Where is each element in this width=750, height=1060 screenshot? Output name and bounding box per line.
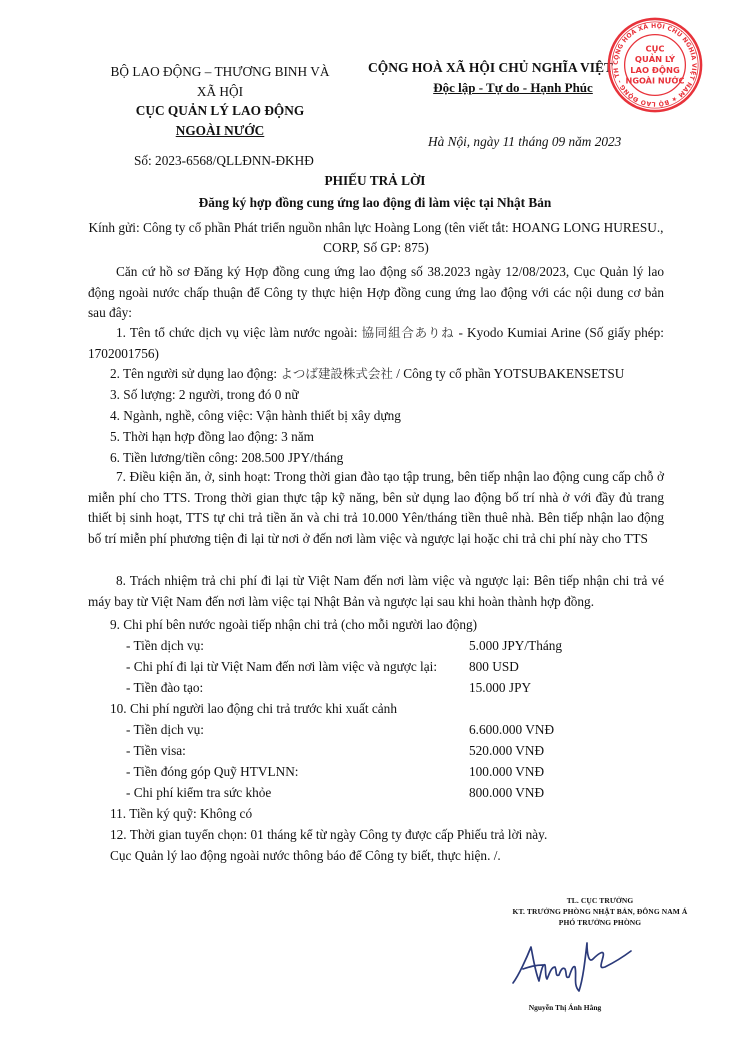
item-8-travel-responsibility: 8. Trách nhiệm trả chi phí đi lại từ Việ… xyxy=(88,571,664,612)
svg-text:CỤC: CỤC xyxy=(646,43,665,53)
ministry-name-line2: XÃ HỘI xyxy=(90,82,350,102)
item-7-living-conditions: 7. Điều kiện ăn, ở, sinh hoạt: Trong thờ… xyxy=(88,467,664,549)
signature-title-line2: KT. TRƯỞNG PHÒNG NHẬT BẢN, ĐÔNG NAM Á xyxy=(470,906,730,917)
fee-value: 520.000 VNĐ xyxy=(469,744,544,757)
item-2-employer: 2. Tên người sử dụng lao động: よつば建設株式会社… xyxy=(110,367,624,381)
item-10-worker-fees: 10. Chi phí người lao động chi trả trước… xyxy=(110,702,397,715)
signature-title-line1: TL. CỤC TRƯỞNG xyxy=(470,895,730,906)
document-title: PHIẾU TRẢ LỜI xyxy=(0,174,750,187)
fee-label: - Chi phí đi lại từ Việt Nam đến nơi làm… xyxy=(126,660,437,673)
svg-text:NGOÀI NƯỚC: NGOÀI NƯỚC xyxy=(626,75,685,86)
svg-text:QUẢN LÝ: QUẢN LÝ xyxy=(635,53,676,64)
japanese-employer-name: よつば建設株式会社 xyxy=(280,366,393,381)
intro-paragraph: Căn cứ hồ sơ Đăng ký Hợp đồng cung ứng l… xyxy=(88,262,664,324)
signature-title-line3: PHÓ TRƯỞNG PHÒNG xyxy=(470,917,730,928)
fee-label: - Tiền đóng góp Quỹ HTVLNN: xyxy=(126,765,299,778)
closing-statement: Cục Quản lý lao động ngoài nước thông bá… xyxy=(110,849,501,862)
fee-value: 800 USD xyxy=(469,660,519,673)
item-3-quantity: 3. Số lượng: 2 người, trong đó 0 nữ xyxy=(110,388,299,401)
handwritten-signature-icon xyxy=(505,935,635,1000)
item-11-deposit: 11. Tiền ký quỹ: Không có xyxy=(110,807,252,820)
item-9-foreign-fees: 9. Chi phí bên nước ngoài tiếp nhận chi … xyxy=(110,618,477,631)
fee-label: - Tiền visa: xyxy=(126,744,186,757)
fee-value: 100.000 VNĐ xyxy=(469,765,544,778)
national-motto: Độc lập - Tự do - Hạnh Phúc xyxy=(433,80,593,95)
fee-value: 800.000 VNĐ xyxy=(469,786,544,799)
item-4-occupation: 4. Ngành, nghề, công việc: Vận hành thiế… xyxy=(110,409,401,422)
japanese-org-name: 協同組合ありね xyxy=(362,325,455,340)
svg-text:LAO ĐỘNG: LAO ĐỘNG xyxy=(630,65,680,75)
fee-value: 6.600.000 VNĐ xyxy=(469,723,554,736)
fee-value: 15.000 JPY xyxy=(469,681,531,694)
item-6-salary: 6. Tiền lương/tiền công: 208.500 JPY/thá… xyxy=(110,451,343,464)
document-number: Số: 2023-6568/QLLĐNN-ĐKHĐ xyxy=(134,154,314,167)
fee-label: - Tiền đào tạo: xyxy=(126,681,203,694)
official-stamp-icon: CỘNG HOÀ XÃ HỘI CHỦ NGHĨA VIỆT NAM ★ BỘ … xyxy=(606,16,704,114)
item-5-contract-term: 5. Thời hạn hợp đồng lao động: 3 năm xyxy=(110,430,314,443)
fee-value: 5.000 JPY/Tháng xyxy=(469,639,562,652)
fee-label: - Tiền dịch vụ: xyxy=(126,639,204,652)
recipient: Kính gửi: Công ty cổ phần Phát triển ngu… xyxy=(88,218,664,258)
fee-label: - Tiền dịch vụ: xyxy=(126,723,204,736)
fee-label: - Chi phí kiểm tra sức khỏe xyxy=(126,786,271,799)
document-subtitle: Đăng ký hợp đồng cung ứng lao động đi là… xyxy=(0,196,750,209)
signature-title-block: TL. CỤC TRƯỞNG KT. TRƯỞNG PHÒNG NHẬT BẢN… xyxy=(470,895,730,928)
item-1-service-org: 1. Tên tổ chức dịch vụ việc làm nước ngo… xyxy=(88,323,664,364)
place-date: Hà Nội, ngày 11 tháng 09 năm 2023 xyxy=(428,135,621,148)
department-name-line2: NGOÀI NƯỚC xyxy=(176,123,265,138)
issuer-block: BỘ LAO ĐỘNG – THƯƠNG BINH VÀ XÃ HỘI CỤC … xyxy=(90,62,350,140)
ministry-name-line1: BỘ LAO ĐỘNG – THƯƠNG BINH VÀ xyxy=(90,62,350,82)
department-name-line1: CỤC QUẢN LÝ LAO ĐỘNG xyxy=(90,101,350,121)
signer-name: Nguyễn Thị Ánh Hằng xyxy=(470,1004,660,1012)
item-12-selection-time: 12. Thời gian tuyển chọn: 01 tháng kể từ… xyxy=(110,828,547,841)
